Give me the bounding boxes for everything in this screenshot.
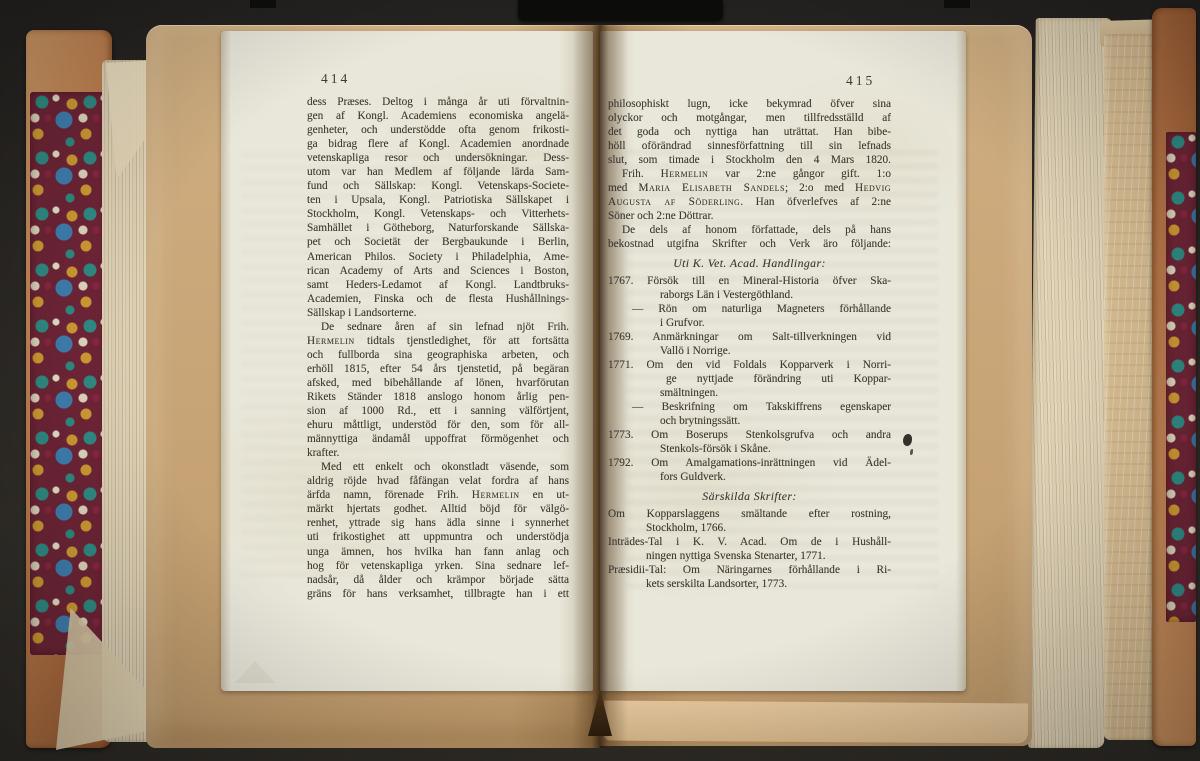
text-line: ga bidrag flere af Kongl. Academien anor… [307, 137, 569, 151]
text-line: höll oförändrad sinnesförfattning till s… [608, 139, 891, 153]
text-line: sion af 1000 Rd., ett i sanning välförtj… [307, 404, 569, 418]
text-line: uti frikostighet att uppmuntra och under… [307, 530, 569, 544]
text-line: De dels af honom författade, dels på han… [608, 223, 891, 237]
text-line: ningen nyttiga Svenska Stenarter, 1771. [646, 549, 891, 563]
text-line: märkt hjertats godhet. Alltid böjd för v… [307, 502, 569, 516]
text-line: Sällskap i Landsorterne. [307, 306, 569, 320]
text-line: 1767. Försök till en Mineral-Historia öf… [608, 274, 891, 288]
text-line: — Beskrifning om Takskiffrens egenskaper [632, 400, 891, 414]
text-line: aldrig röjde hvad fåfängan velat fordra … [307, 474, 569, 488]
text-line: olyckor och motgångar, men tillfredsstäl… [608, 111, 891, 125]
text-line: gen af Kongl. Academiens economiska ange… [307, 109, 569, 123]
page-number-left: 414 [321, 71, 350, 87]
text-line: slut, som timade i Stockholm den 4 Mars … [608, 153, 891, 167]
text-line: rican Academy of Arts and Sciences i Bos… [307, 264, 569, 278]
text-line: gräns för hans verksamhet, tillbragte ha… [307, 587, 569, 601]
text-line: 1792. Om Amalgamations-inrättningen vid … [608, 456, 891, 470]
backing-page-bottom-edge [604, 701, 1028, 744]
text-line: Uti K. Vet. Acad. Handlingar: [608, 256, 891, 270]
cradle-tab-right [944, 0, 970, 8]
text-line: afsked, med bibehållande af lönen, hvarf… [307, 376, 569, 390]
text-line: smältningen. [660, 386, 891, 400]
text-line: bekostnad utgifna Skrifter och Verk äro … [608, 237, 891, 251]
text-line: samt Heders-Ledamot af Kongl. Landtbruks… [307, 278, 569, 292]
marbled-cover-edge-right [1166, 132, 1196, 622]
text-line: 1773. Om Boserups Stenkolsgrufva och and… [608, 428, 891, 442]
pencil-mark [235, 661, 275, 683]
text-line: och fullborda sina geographiska arbeten,… [307, 348, 569, 362]
text-line: krafter. [307, 446, 569, 460]
text-line: genheter, och understödde ofta genom fri… [307, 123, 569, 137]
text-line: Stenkols-försök i Skåne. [660, 442, 891, 456]
right-page-text: philosophiskt lugn, icke bekymrad öfver … [608, 97, 891, 591]
left-page-text: dess Præses. Deltog i många år uti förva… [307, 95, 569, 601]
text-line: det goda och nyttiga han uträttat. Han b… [608, 125, 891, 139]
text-line: ehuru måttligt, understöd för den, som f… [307, 418, 569, 432]
text-line: Vallö i Norrige. [660, 344, 891, 358]
book-cradle [518, 0, 723, 21]
text-line: Stockholm, Kongl. Vetenskaps- och Vitter… [307, 207, 569, 221]
text-line: Med ett enkelt och okonstladt väsende, s… [307, 460, 569, 474]
text-line: och brytningssätt. [660, 414, 891, 428]
text-line: fors Guldverk. [660, 470, 891, 484]
marbled-cover-edge-left [30, 92, 106, 655]
text-line: unga ämnen, hos hvilka han fann anlag oc… [307, 545, 569, 559]
page-number-right: 415 [846, 73, 875, 89]
text-line: Præsidii-Tal: Om Näringarnes förhållande… [608, 563, 891, 577]
page-edge-stack-right [1028, 18, 1112, 748]
text-line: kets serskilta Landsorter, 1773. [646, 577, 891, 591]
text-line: fund och Sällskap: Kongl. Vetenskaps-Soc… [307, 179, 569, 193]
text-line: Stockholm, 1766. [646, 521, 891, 535]
text-line: ten i Upsala, Kongl. Patriotiska Sällska… [307, 193, 569, 207]
text-line: 1771. Om den vid Foldals Kopparverk i No… [608, 358, 891, 372]
text-line: utom var han Medlem af följande lärda Sa… [307, 165, 569, 179]
text-line: dess Præses. Deltog i många år uti förva… [307, 95, 569, 109]
text-line: med Maria Elisabeth Sandels; 2:o med Hed… [608, 181, 891, 195]
book-page-left: 414 dess Præses. Deltog i många år uti f… [221, 31, 593, 691]
book-page-right: 415 philosophiskt lugn, icke bekymrad öf… [600, 31, 966, 691]
text-line: pet och Societät der Bergbaukunde i Berl… [307, 235, 569, 249]
text-line: Samhället i Götheborg, Naturforskande Sä… [307, 221, 569, 235]
text-line: ärfda namn, förenade Frih. Hermelin en u… [307, 488, 569, 502]
text-line: Frih. Hermelin var 2:ne gångor gift. 1:o [608, 167, 891, 181]
text-line: Om Kopparslaggens smältande efter rostni… [608, 507, 891, 521]
text-line: — Rön om naturliga Magneters förhållande [632, 302, 891, 316]
text-line: ge nyttjade förändring uti Koppar- [666, 372, 891, 386]
text-line: i Grufvor. [660, 316, 891, 330]
text-line: Academien, Finska och de flesta Hushålln… [307, 292, 569, 306]
text-line: American Philos. Society i Philadelphia,… [307, 250, 569, 264]
text-line: raborgs Län i Vestergöthland. [660, 288, 891, 302]
text-line: renhet, yttrade sig hans ädla sinne i sy… [307, 516, 569, 530]
text-line: Rikets Ständer 1818 anslogo honom årlig … [307, 390, 569, 404]
text-line: Söner och 2:ne Döttrar. [608, 209, 891, 223]
text-line: Inträdes-Tal i K. V. Acad. Om de i Hushå… [608, 535, 891, 549]
text-line: männyttiga ändamål uppoffrat förmögenhet… [307, 432, 569, 446]
book-photo: 414 dess Præses. Deltog i många år uti f… [0, 0, 1200, 761]
text-line: vetenskapliga resor och undersökningar. … [307, 151, 569, 165]
text-line: hog för vetenskapliga yrken. Sina sednar… [307, 559, 569, 573]
text-line: 1769. Anmärkningar om Salt-tillverkninge… [608, 330, 891, 344]
text-line: Augusta af Söderling. Han öfverlefves af… [608, 195, 891, 209]
text-line: Hermelin tidtals tjenstledighet, för att… [307, 334, 569, 348]
text-line: Särskilda Skrifter: [608, 489, 891, 503]
text-line: erhöll 1815, efter 54 års tjenstetid, på… [307, 362, 569, 376]
text-line: philosophiskt lugn, icke bekymrad öfver … [608, 97, 891, 111]
text-line: De sednare åren af sin lefnad njöt Frih. [307, 320, 569, 334]
text-line: nadsår, då ålder och krämpor började sät… [307, 573, 569, 587]
cradle-tab-left [250, 0, 276, 8]
